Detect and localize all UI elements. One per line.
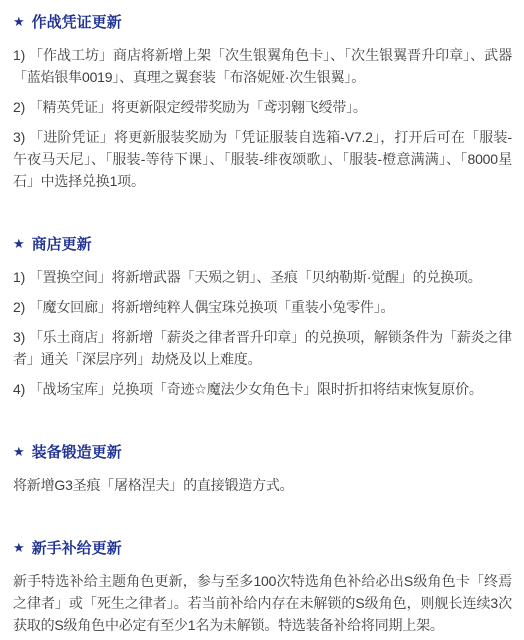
- star-icon: ★: [13, 441, 25, 463]
- paragraph: 3) 「进阶凭证」将更新服装奖励为「凭证服装自选箱-V7.2」，打开后可在「服装…: [13, 126, 512, 192]
- paragraph: 将新增G3圣痕「屠格涅夫」的直接锻造方式。: [13, 474, 512, 496]
- section-battle-pass-update: ★作战凭证更新 1) 「作战工坊」商店将新增上架「次生银翼角色卡」、「次生银翼晋…: [13, 12, 512, 192]
- paragraph: 2) 「精英凭证」将更新限定绶带奖励为「鸢羽翱飞绶带」。: [13, 96, 512, 118]
- section-equipment-forging-update: ★装备锻造更新 将新增G3圣痕「屠格涅夫」的直接锻造方式。: [13, 442, 512, 496]
- star-icon: ★: [13, 537, 25, 559]
- paragraph: 3) 「乐土商店」将新增「薪炎之律者晋升印章」的兑换项，解锁条件为「薪炎之律者」…: [13, 326, 512, 370]
- section-shop-update: ★商店更新 1) 「置换空间」将新增武器「天殒之钥」、圣痕「贝纳勒斯·觉醒」的兑…: [13, 234, 512, 400]
- section-title: ★作战凭证更新: [13, 12, 512, 34]
- paragraph: 1) 「作战工坊」商店将新增上架「次生银翼角色卡」、「次生银翼晋升印章」、武器「…: [13, 44, 512, 88]
- section-title-text: 商店更新: [32, 236, 92, 253]
- section-title-text: 作战凭证更新: [32, 14, 122, 31]
- paragraph: 4) 「战场宝库」兑换项「奇迹☆魔法少女角色卡」限时折扣将结束恢复原价。: [13, 378, 512, 400]
- section-beginner-supply-update: ★新手补给更新 新手特选补给主题角色更新，参与至多100次特选角色补给必出S级角…: [13, 538, 512, 636]
- section-title: ★装备锻造更新: [13, 442, 512, 464]
- paragraph: 2) 「魔女回廊」将新增纯粹人偶宝珠兑换项「重装小兔零件」。: [13, 296, 512, 318]
- section-title-text: 新手补给更新: [32, 540, 122, 557]
- section-title: ★商店更新: [13, 234, 512, 256]
- paragraph: 1) 「置换空间」将新增武器「天殒之钥」、圣痕「贝纳勒斯·觉醒」的兑换项。: [13, 266, 512, 288]
- paragraph: 新手特选补给主题角色更新，参与至多100次特选角色补给必出S级角色卡「终焉之律者…: [13, 570, 512, 636]
- section-title-text: 装备锻造更新: [32, 444, 122, 461]
- update-notes-page: ★作战凭证更新 1) 「作战工坊」商店将新增上架「次生银翼角色卡」、「次生银翼晋…: [0, 0, 524, 640]
- star-icon: ★: [13, 233, 25, 255]
- star-icon: ★: [13, 11, 25, 33]
- section-title: ★新手补给更新: [13, 538, 512, 560]
